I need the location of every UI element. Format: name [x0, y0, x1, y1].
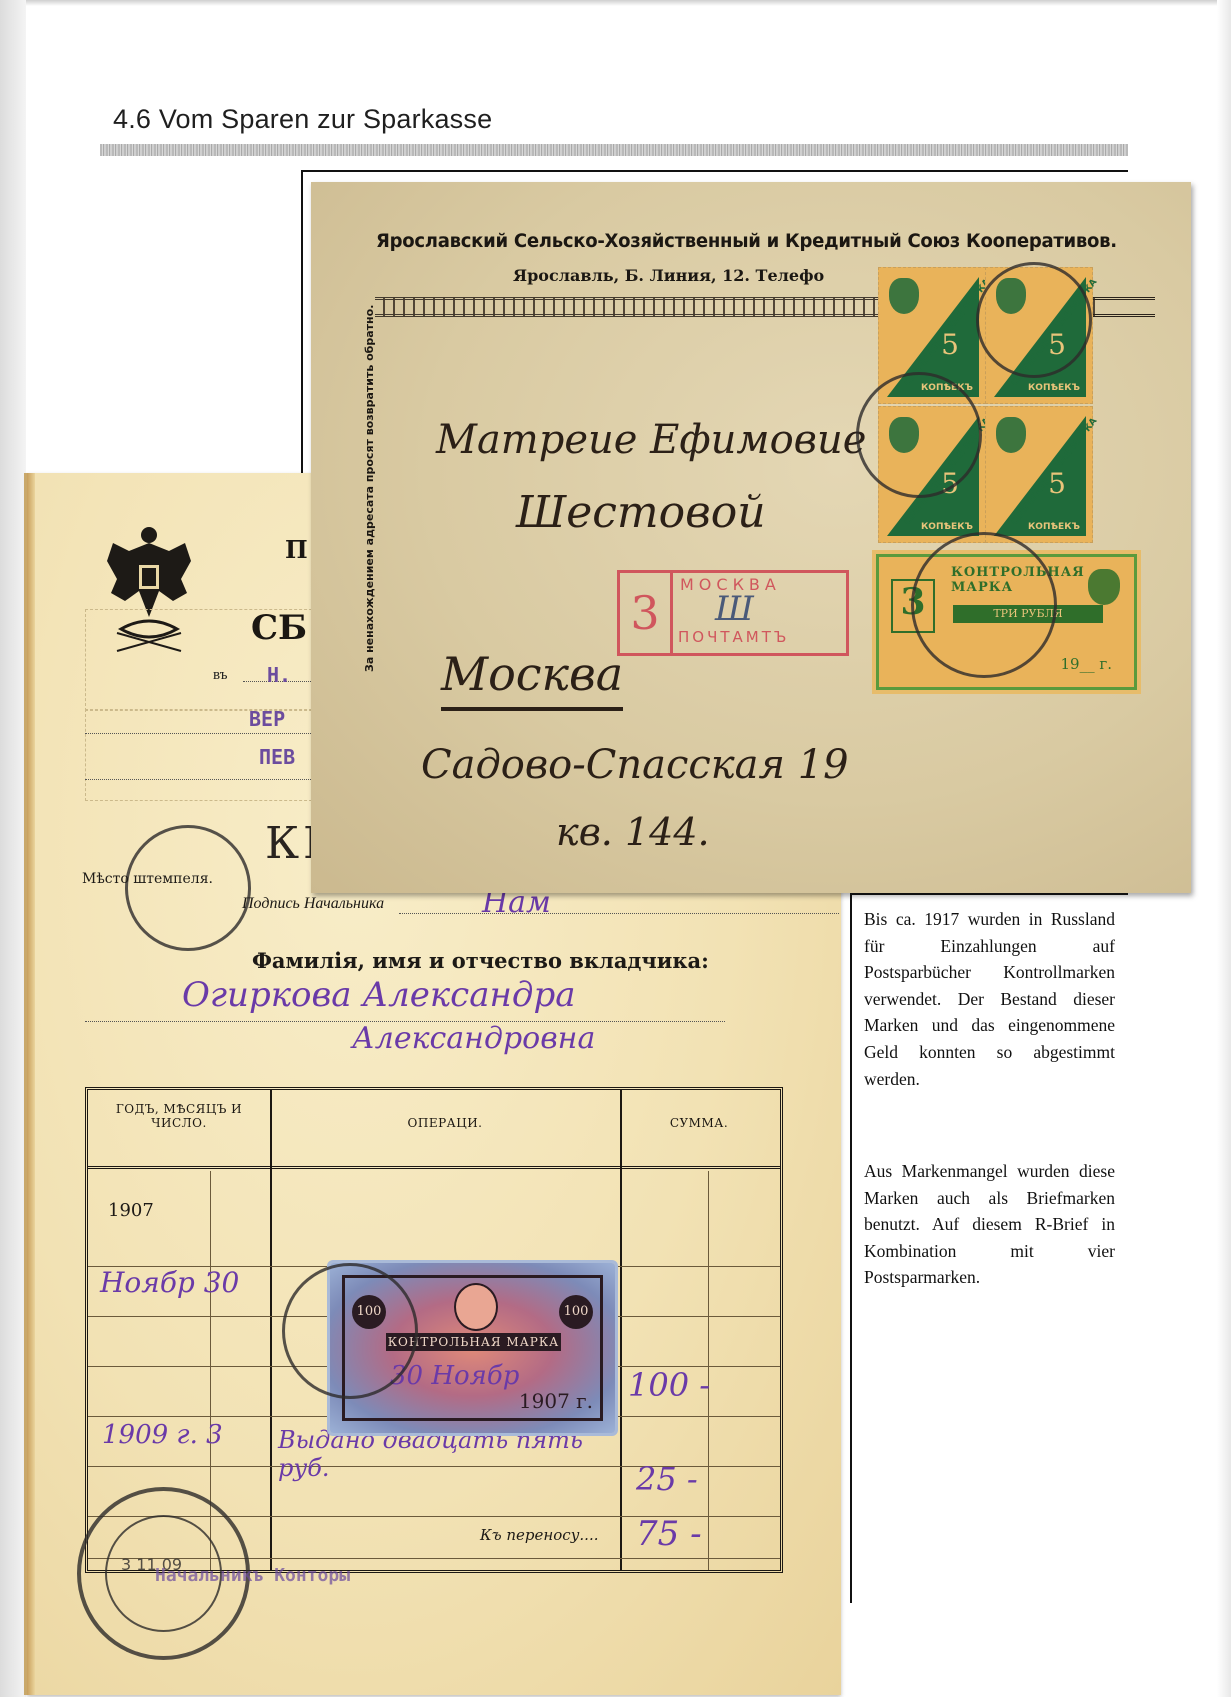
- postmark-stamp: [856, 372, 982, 498]
- office-head-stamp: Начальникъ Конторы: [155, 1565, 350, 1586]
- registered-envelope: Ярославский Сельско-Хозяйственный и Кред…: [311, 182, 1191, 893]
- column-header-date: ГОДЪ, МѢСЯЦЪ И ЧИСЛО.: [88, 1102, 270, 1130]
- signature-line: [399, 913, 839, 914]
- stamp-year: 1907 г.: [519, 1389, 593, 1413]
- postmark-stamp: [125, 825, 251, 951]
- column-header-sum: СУММА.: [620, 1116, 778, 1130]
- header-divider: [88, 1166, 780, 1169]
- postmark-stamp: [976, 262, 1092, 378]
- location-prefix: въ: [213, 667, 227, 684]
- control-stamp-year: 19__ г.: [1061, 655, 1112, 673]
- title-rule: [100, 144, 1128, 156]
- savings-stamp-value: 5: [941, 328, 959, 361]
- description-text-2: Aus Markenmangel wurden diese Marken auc…: [864, 1158, 1115, 1291]
- ledger-date: Ноябр 30: [100, 1266, 239, 1299]
- recipient-street: Садово-Спасская 19: [421, 742, 849, 788]
- office-stamp-line-2: ВЕР: [249, 707, 285, 731]
- envelope-sender-address: Ярославль, Б. Линия, 12. Телефо: [513, 266, 824, 285]
- col-divider: [270, 1090, 272, 1570]
- passbook-spine: [27, 473, 35, 1695]
- form-grid-box: [85, 609, 327, 711]
- recipient-city: Москва: [441, 647, 623, 711]
- description-paragraph-2: Aus Markenmangel wurden diese Marken auc…: [864, 1158, 1115, 1291]
- recipient-name-line-2: Шестовой: [516, 487, 766, 538]
- savings-stamp-unit: КОПѢЕКЪ: [1028, 522, 1080, 532]
- depositor-name-line-2: Александровна: [352, 1021, 595, 1056]
- office-stamp-line-3: ПЕВ: [259, 745, 295, 769]
- scan-edge: [0, 0, 26, 1697]
- text-frame-left: [850, 893, 852, 1603]
- text-frame-top: [850, 893, 1128, 895]
- column-header-operations: ОПЕРАЦИ.: [270, 1116, 620, 1130]
- savings-stamp: СБЕРЕГАТЕЛЬНАЯ МАРКА 5 КОПѢЕКЪ: [985, 406, 1093, 543]
- ledger-operation-withdrawal: Выдано двадцать пять руб.: [278, 1426, 608, 1482]
- registration-office: ПОЧТАМТЪ: [678, 628, 789, 646]
- column-header-date-text: ГОДЪ, МѢСЯЦЪ И ЧИСЛО.: [116, 1102, 242, 1130]
- recipient-apartment: кв. 144.: [556, 810, 710, 854]
- signature-label: Подпись Начальника: [242, 895, 384, 913]
- eagle-icon: [454, 1283, 498, 1331]
- savings-stamp-value: 5: [1048, 467, 1066, 500]
- stamp-handwriting: 30 Ноябр: [390, 1361, 519, 1391]
- dotted-line: [85, 733, 325, 734]
- description-paragraph-1: Bis ca. 1917 wurden in Russland für Einz…: [864, 906, 1115, 1092]
- postmark-stamp: [282, 1263, 418, 1399]
- ledger-date-withdrawal: 1909 г. 3: [102, 1420, 223, 1450]
- stamp-value-right: 100: [559, 1295, 593, 1329]
- ledger-amount-withdrawal: 25 -: [636, 1460, 698, 1498]
- envelope-letterhead: Ярославский Сельско-Хозяйственный и Кред…: [376, 230, 1117, 252]
- scan-right-edge: [1217, 0, 1231, 1697]
- frame-line-top: [301, 170, 1128, 172]
- stamp-triangle: [994, 416, 1086, 536]
- ledger-amount-deposit: 100 -: [628, 1366, 710, 1404]
- registration-number: 3: [620, 573, 673, 653]
- passbook-heading-top: П: [285, 535, 308, 564]
- savings-stamp-unit: КОПѢЕКЪ: [921, 522, 973, 532]
- stamp-place-label: Мѣсто штемпеля.: [82, 871, 213, 887]
- dotted-line: [85, 779, 325, 780]
- registration-label: 3 МОСКВА ПОЧТАМТЪ Ш: [617, 570, 849, 656]
- col-divider: [620, 1090, 622, 1570]
- ledger-balance: 75 -: [636, 1514, 702, 1554]
- registration-handwritten-mark: Ш: [715, 589, 754, 629]
- postmark-stamp: [911, 532, 1057, 678]
- frame-line-left: [301, 170, 303, 490]
- section-title: 4.6 Vom Sparen zur Sparkasse: [113, 104, 492, 135]
- ledger-year: 1907: [108, 1200, 154, 1221]
- office-stamp-line-1: Н.: [267, 663, 291, 687]
- description-text-1: Bis ca. 1917 wurden in Russland für Einz…: [864, 906, 1115, 1092]
- scan-top-edge: [26, 0, 1231, 6]
- carry-forward-label: Къ переносу....: [480, 1526, 598, 1544]
- depositor-name-line-1: Огиркова Александра: [182, 975, 575, 1015]
- eagle-icon: [1088, 569, 1120, 605]
- savings-stamp-unit: КОПѢЕКЪ: [1028, 383, 1080, 393]
- recipient-name-line-1: Матреие Ефимовие: [436, 417, 866, 463]
- return-notice: За ненахождением адресата просят возврат…: [363, 305, 376, 672]
- depositor-heading: Фамилія, имя и отчество вкладчика:: [252, 948, 709, 973]
